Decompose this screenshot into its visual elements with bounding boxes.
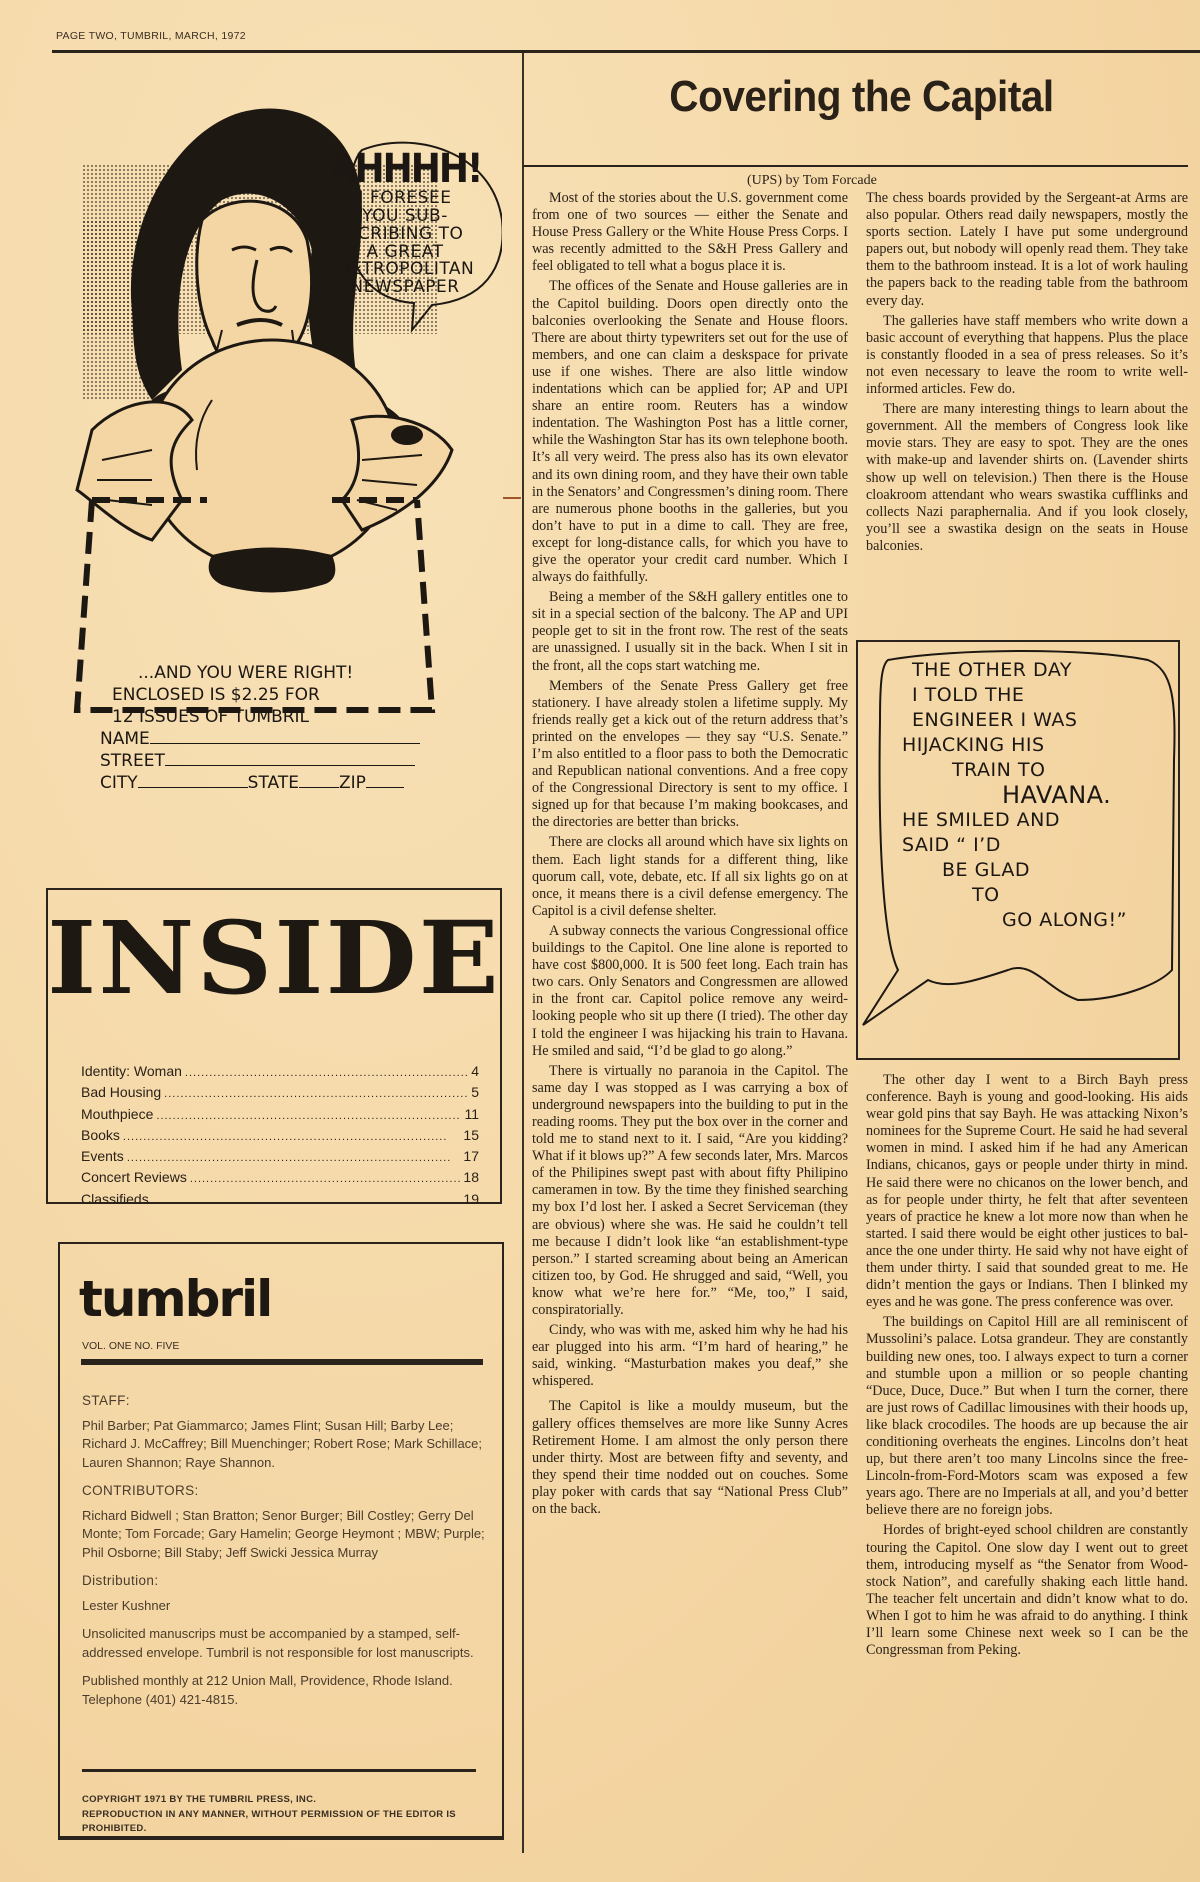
inside-contents-box: INSIDE Identity: Woman..................… bbox=[46, 888, 502, 1204]
coupon-city-field[interactable]: CITYSTATEZIP bbox=[100, 772, 470, 794]
coupon-line: 12 ISSUES OF TUMBRIL bbox=[100, 706, 470, 728]
speech-line: YOU SUB- bbox=[305, 208, 505, 226]
publication-address: Published monthly at 212 Union Mall, Pro… bbox=[82, 1672, 492, 1709]
masthead-box: tumbril VOL. ONE NO. FIVE STAFF: Phil Ba… bbox=[58, 1242, 504, 1840]
paragraph: There are clocks all around which have s… bbox=[532, 834, 848, 919]
headline-rule bbox=[523, 165, 1188, 167]
coupon-name-field[interactable]: NAME bbox=[100, 728, 470, 750]
street-label: STREET bbox=[100, 751, 165, 771]
distribution-heading: Distribution: bbox=[82, 1572, 492, 1591]
staff-heading: STAFF: bbox=[82, 1392, 492, 1411]
paragraph: Members of the Senate Press Gallery get … bbox=[532, 678, 848, 832]
folio-rule bbox=[52, 50, 1200, 53]
paragraph: The buildings on Capitol Hill are all re… bbox=[866, 1314, 1188, 1519]
cartoon-handwriting: THE OTHER DAY I TOLD THE ENGINEER I WAS … bbox=[902, 658, 1152, 933]
page-folio: PAGE TWO, TUMBRIL, MARCH, 1972 bbox=[56, 30, 246, 42]
masthead-rule bbox=[81, 1359, 483, 1365]
paragraph: The offices of the Senate and House gall… bbox=[532, 278, 848, 586]
inside-title: INSIDE bbox=[37, 908, 512, 1008]
masthead-credits: STAFF: Phil Barber; Pat Giammarco; James… bbox=[82, 1392, 492, 1719]
toc-item[interactable]: Events..................................… bbox=[81, 1147, 479, 1168]
speech-line: SCRIBING TO bbox=[305, 226, 505, 244]
paragraph: Hordes of bright-eyed school children ar… bbox=[866, 1522, 1188, 1659]
article-column-2-top: The chess boards provided by the Sergean… bbox=[866, 190, 1188, 558]
toc-item[interactable]: Concert Reviews.........................… bbox=[81, 1168, 479, 1189]
contributors-list: Richard Bidwell ; Stan Bratton; Senor Bu… bbox=[82, 1507, 492, 1563]
copyright-notice: COPYRIGHT 1971 BY THE TUMBRIL PRESS, INC… bbox=[82, 1793, 482, 1837]
coupon-line: ENCLOSED IS $2.25 FOR bbox=[100, 684, 470, 706]
table-of-contents: Identity: Woman.........................… bbox=[81, 1062, 479, 1211]
column-divider bbox=[522, 53, 524, 1853]
zip-label: ZIP bbox=[339, 773, 366, 793]
distribution-name: Lester Kushner bbox=[82, 1597, 492, 1616]
staff-list: Phil Barber; Pat Giammarco; James Flint;… bbox=[82, 1417, 492, 1473]
toc-item[interactable]: Books...................................… bbox=[81, 1126, 479, 1147]
masthead-rule-bottom bbox=[82, 1769, 476, 1772]
toc-item[interactable]: Classifieds.............................… bbox=[81, 1190, 479, 1211]
toc-item[interactable]: Bad Housing.............................… bbox=[81, 1083, 479, 1104]
paragraph: There are many interesting things to lea… bbox=[866, 401, 1188, 555]
toc-item[interactable]: Mouthpiece..............................… bbox=[81, 1105, 479, 1126]
paragraph: The galleries have staff members who wri… bbox=[866, 313, 1188, 398]
paragraph: The other day I went to a Birch Bayh pre… bbox=[866, 1072, 1188, 1311]
paragraph: Cindy, who was with me, asked him why he… bbox=[532, 1322, 848, 1390]
paragraph: The Capitol is like a mouldy museum, but… bbox=[532, 1398, 848, 1518]
article-column-2-bottom: The other day I went to a Birch Bayh pre… bbox=[866, 1072, 1188, 1662]
speech-line: NEWSPAPER bbox=[305, 279, 505, 297]
state-label: STATE bbox=[248, 773, 299, 793]
paragraph: The chess boards provided by the Sergean… bbox=[866, 190, 1188, 310]
tumbril-logo: tumbril bbox=[79, 1274, 271, 1324]
city-label: CITY bbox=[100, 773, 138, 793]
article-headline: Covering the Capital bbox=[550, 72, 1173, 122]
speech-shout: AHHHH! bbox=[305, 148, 505, 190]
paragraph: Most of the stories about the U.S. gover… bbox=[532, 190, 848, 275]
paragraph: There is virtually no paranoia in the Ca… bbox=[532, 1063, 848, 1319]
speech-balloon: AHHHH! I FORESEE YOU SUB- SCRIBING TO A … bbox=[305, 148, 505, 297]
article-column-1: Most of the stories about the U.S. gover… bbox=[532, 190, 848, 1521]
toc-item[interactable]: Identity: Woman.........................… bbox=[81, 1062, 479, 1083]
volume-number: VOL. ONE NO. FIVE bbox=[82, 1340, 179, 1352]
article-byline: (UPS) by Tom Forcade bbox=[747, 173, 877, 189]
manuscripts-notice: Unsolicited manuscrips must be accompani… bbox=[82, 1625, 492, 1662]
margin-mark bbox=[503, 497, 521, 499]
paragraph: Being a member of the S&H gallery en­tit… bbox=[532, 589, 848, 674]
name-label: NAME bbox=[100, 729, 150, 749]
coupon-line: ...AND YOU WERE RIGHT! bbox=[100, 662, 470, 684]
coupon-street-field[interactable]: STREET bbox=[100, 750, 470, 772]
hijack-cartoon-box: THE OTHER DAY I TOLD THE ENGINEER I WAS … bbox=[856, 640, 1180, 1060]
paragraph: A subway connects the various Congres­si… bbox=[532, 923, 848, 1060]
contributors-heading: CONTRIBUTORS: bbox=[82, 1482, 492, 1501]
subscription-coupon: ...AND YOU WERE RIGHT! ENCLOSED IS $2.25… bbox=[100, 662, 470, 794]
